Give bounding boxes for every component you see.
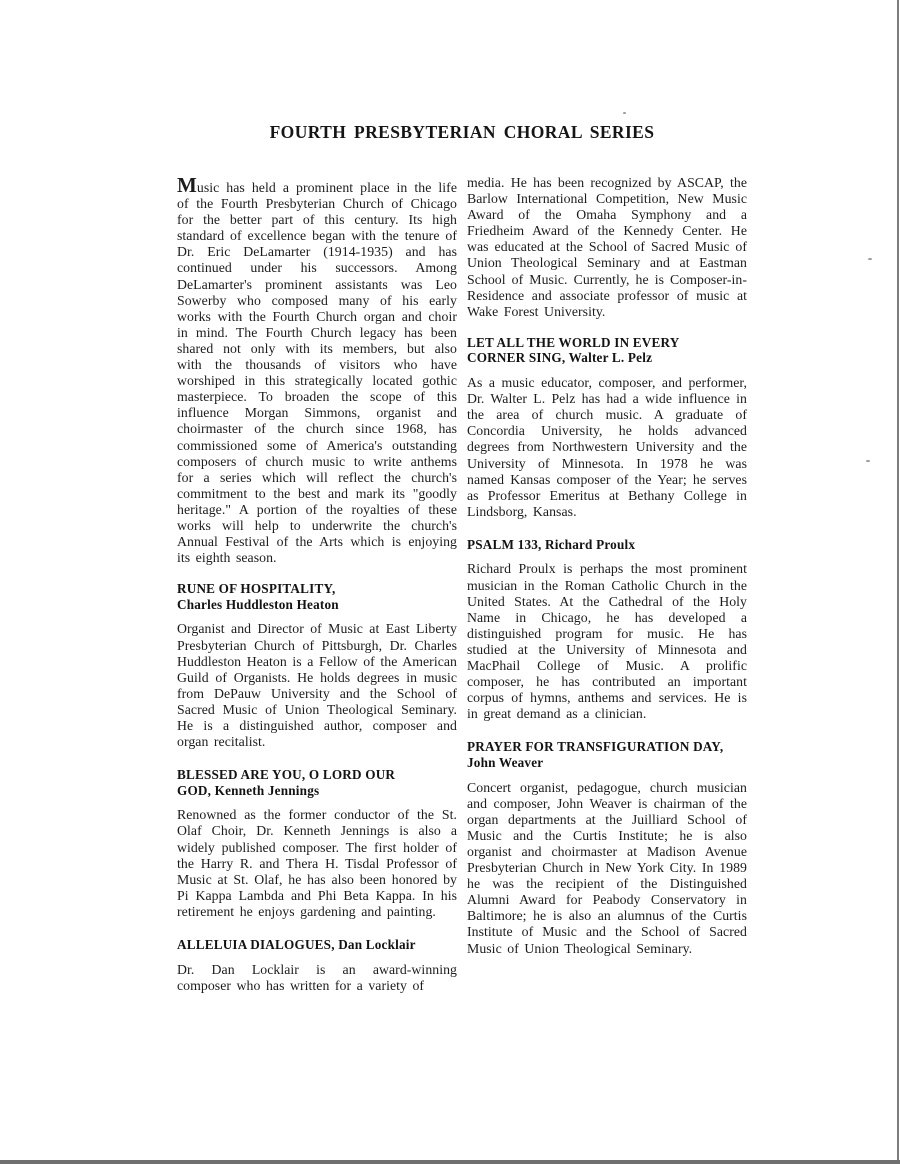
section-blessed-are-you: BLESSED ARE YOU, O LORD OUR GOD, Kenneth… [177,767,457,920]
section-heading-line2: CORNER SING, Walter L. Pelz [467,350,747,366]
section-heading: PSALM 133, Richard Proulx [467,537,747,553]
section-body: As a music educator, composer, and perfo… [467,375,747,520]
section-heading: PRAYER FOR TRANSFIGURATION DAY, John Wea… [467,739,747,770]
intro-paragraph: Music has held a prominent place in the … [177,175,457,566]
section-alleluia-dialogues: ALLELUIA DIALOGUES, Dan Locklair Dr. Dan… [177,937,457,994]
section-prayer-for-transfiguration: PRAYER FOR TRANSFIGURATION DAY, John Wea… [467,739,747,956]
continuation-paragraph: media. He has been recognized by ASCAP, … [467,175,747,320]
page-title: FOURTH PRESBYTERIAN CHORAL SERIES [177,122,747,143]
section-psalm-133: PSALM 133, Richard Proulx Richard Proulx… [467,537,747,723]
section-heading-line2: Charles Huddleston Heaton [177,597,457,613]
section-heading: ALLELUIA DIALOGUES, Dan Locklair [177,937,457,953]
section-heading-line1: RUNE OF HOSPITALITY, [177,581,457,597]
section-body: Concert organist, pedagogue, church musi… [467,780,747,957]
section-heading-line1: LET ALL THE WORLD IN EVERY [467,335,747,351]
section-body: Renowned as the former conductor of the … [177,807,457,920]
scan-speck [623,112,626,114]
scan-edge-bottom [0,1160,900,1164]
section-body: Dr. Dan Locklair is an award-winning com… [177,962,457,994]
section-heading-line2: John Weaver [467,755,747,771]
two-column-layout: Music has held a prominent place in the … [177,175,747,994]
section-heading: LET ALL THE WORLD IN EVERY CORNER SING, … [467,335,747,366]
document-page: FOURTH PRESBYTERIAN CHORAL SERIES Music … [177,122,747,994]
section-heading-line1: ALLELUIA DIALOGUES, Dan Locklair [177,937,457,953]
left-column: Music has held a prominent place in the … [177,175,457,994]
section-heading: BLESSED ARE YOU, O LORD OUR GOD, Kenneth… [177,767,457,798]
section-heading: RUNE OF HOSPITALITY, Charles Huddleston … [177,581,457,612]
scan-speck [868,258,872,260]
section-heading-line1: BLESSED ARE YOU, O LORD OUR [177,767,457,783]
section-body: Organist and Director of Music at East L… [177,621,457,750]
section-rune-of-hospitality: RUNE OF HOSPITALITY, Charles Huddleston … [177,581,457,750]
section-body: Richard Proulx is perhaps the most promi… [467,561,747,722]
scan-speck [866,460,870,462]
right-column: media. He has been recognized by ASCAP, … [467,175,747,994]
section-let-all-the-world: LET ALL THE WORLD IN EVERY CORNER SING, … [467,335,747,520]
section-heading-line2: GOD, Kenneth Jennings [177,783,457,799]
scan-edge-right [897,0,899,1164]
section-heading-line1: PSALM 133, Richard Proulx [467,537,747,553]
section-heading-line1: PRAYER FOR TRANSFIGURATION DAY, [467,739,747,755]
